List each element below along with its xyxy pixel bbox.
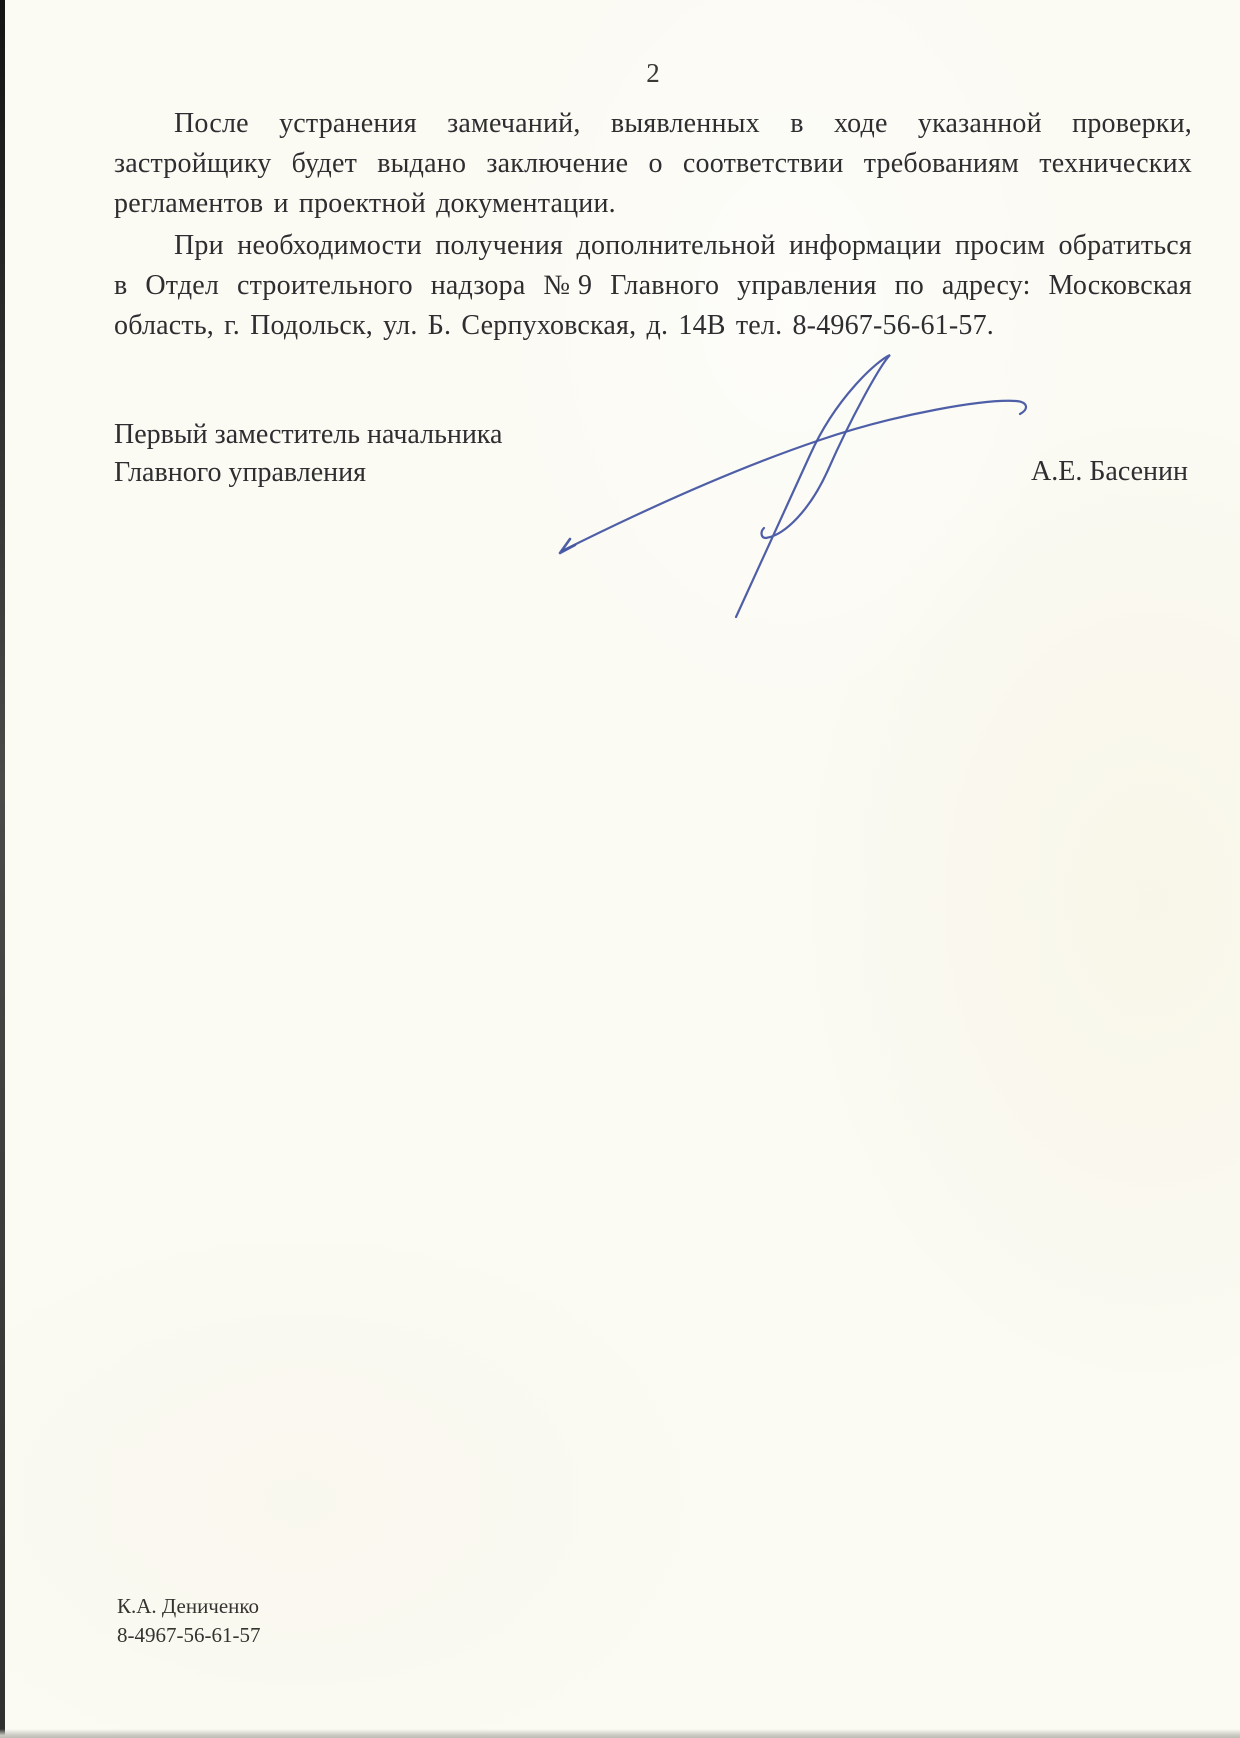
document-body: После устранения замечаний, выявленных в… xyxy=(114,104,1192,346)
scan-edge-left xyxy=(0,0,5,1738)
signer-title: Первый заместитель начальника Главного у… xyxy=(114,416,502,492)
executor-footer: К.А. Дениченко 8-4967-56-61-57 xyxy=(117,1592,260,1650)
paragraph-remarks: После устранения замечаний, выявленных в… xyxy=(114,104,1192,224)
paragraph-contact-info: При необходимости получения дополнительн… xyxy=(114,226,1192,346)
signer-title-line1: Первый заместитель начальника xyxy=(114,416,502,454)
scanned-document-page: 2 После устранения замечаний, выявленных… xyxy=(0,0,1240,1738)
page-number: 2 xyxy=(114,58,1192,89)
footer-contact-name: К.А. Дениченко xyxy=(117,1592,260,1621)
footer-contact-phone: 8-4967-56-61-57 xyxy=(117,1621,260,1650)
signer-name: А.Е. Басенин xyxy=(1031,456,1188,488)
signer-title-line2: Главного управления xyxy=(114,454,502,492)
signature-block: Первый заместитель начальника Главного у… xyxy=(114,416,1192,496)
scan-edge-bottom xyxy=(0,1729,1240,1738)
